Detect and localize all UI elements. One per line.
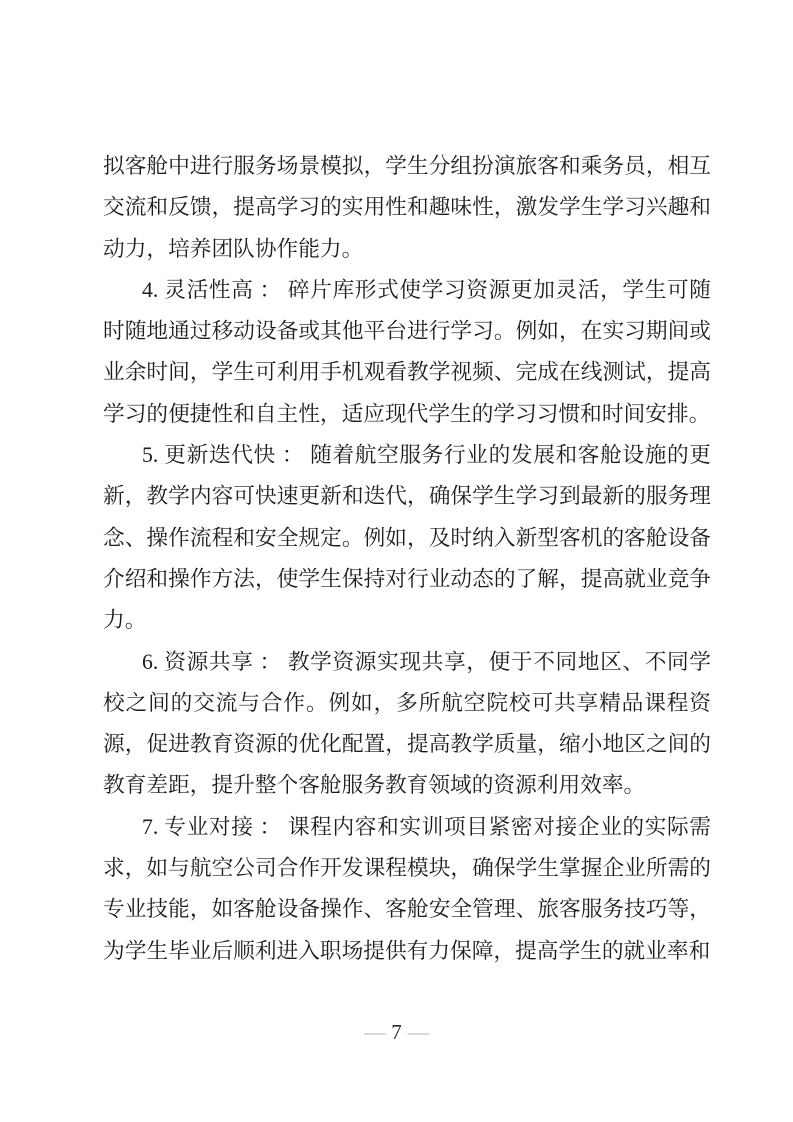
document-page: 拟客舱中进行服务场景模拟，学生分组扮演旅客和乘务员，相互交流和反馈，提高学习的实… xyxy=(0,0,793,1122)
body-paragraph-item-7: 7. 专业对接 ： 课程内容和实训项目紧密对接企业的实际需求，如与航空公司合作开… xyxy=(103,807,711,972)
body-paragraph-item-4: 4. 灵活性高 ： 碎片库形式使学习资源更加灵活，学生可随时随地通过移动设备或其… xyxy=(103,270,711,435)
body-paragraph-item-6: 6. 资源共享 ： 教学资源实现共享，便于不同地区、不同学校之间的交流与合作。例… xyxy=(103,642,711,807)
document-body: 拟客舱中进行服务场景模拟，学生分组扮演旅客和乘务员，相互交流和反馈，提高学习的实… xyxy=(103,146,711,972)
page-number-value: 7 xyxy=(391,1020,402,1044)
body-paragraph-item-5: 5. 更新迭代快 ： 随着航空服务行业的发展和客舱设施的更新，教学内容可快速更新… xyxy=(103,435,711,641)
page-number-dash-right: — xyxy=(408,1020,429,1044)
page-number: — 7 — xyxy=(0,1020,793,1044)
body-paragraph: 拟客舱中进行服务场景模拟，学生分组扮演旅客和乘务员，相互交流和反馈，提高学习的实… xyxy=(103,146,711,270)
page-number-dash-left: — xyxy=(364,1020,385,1044)
